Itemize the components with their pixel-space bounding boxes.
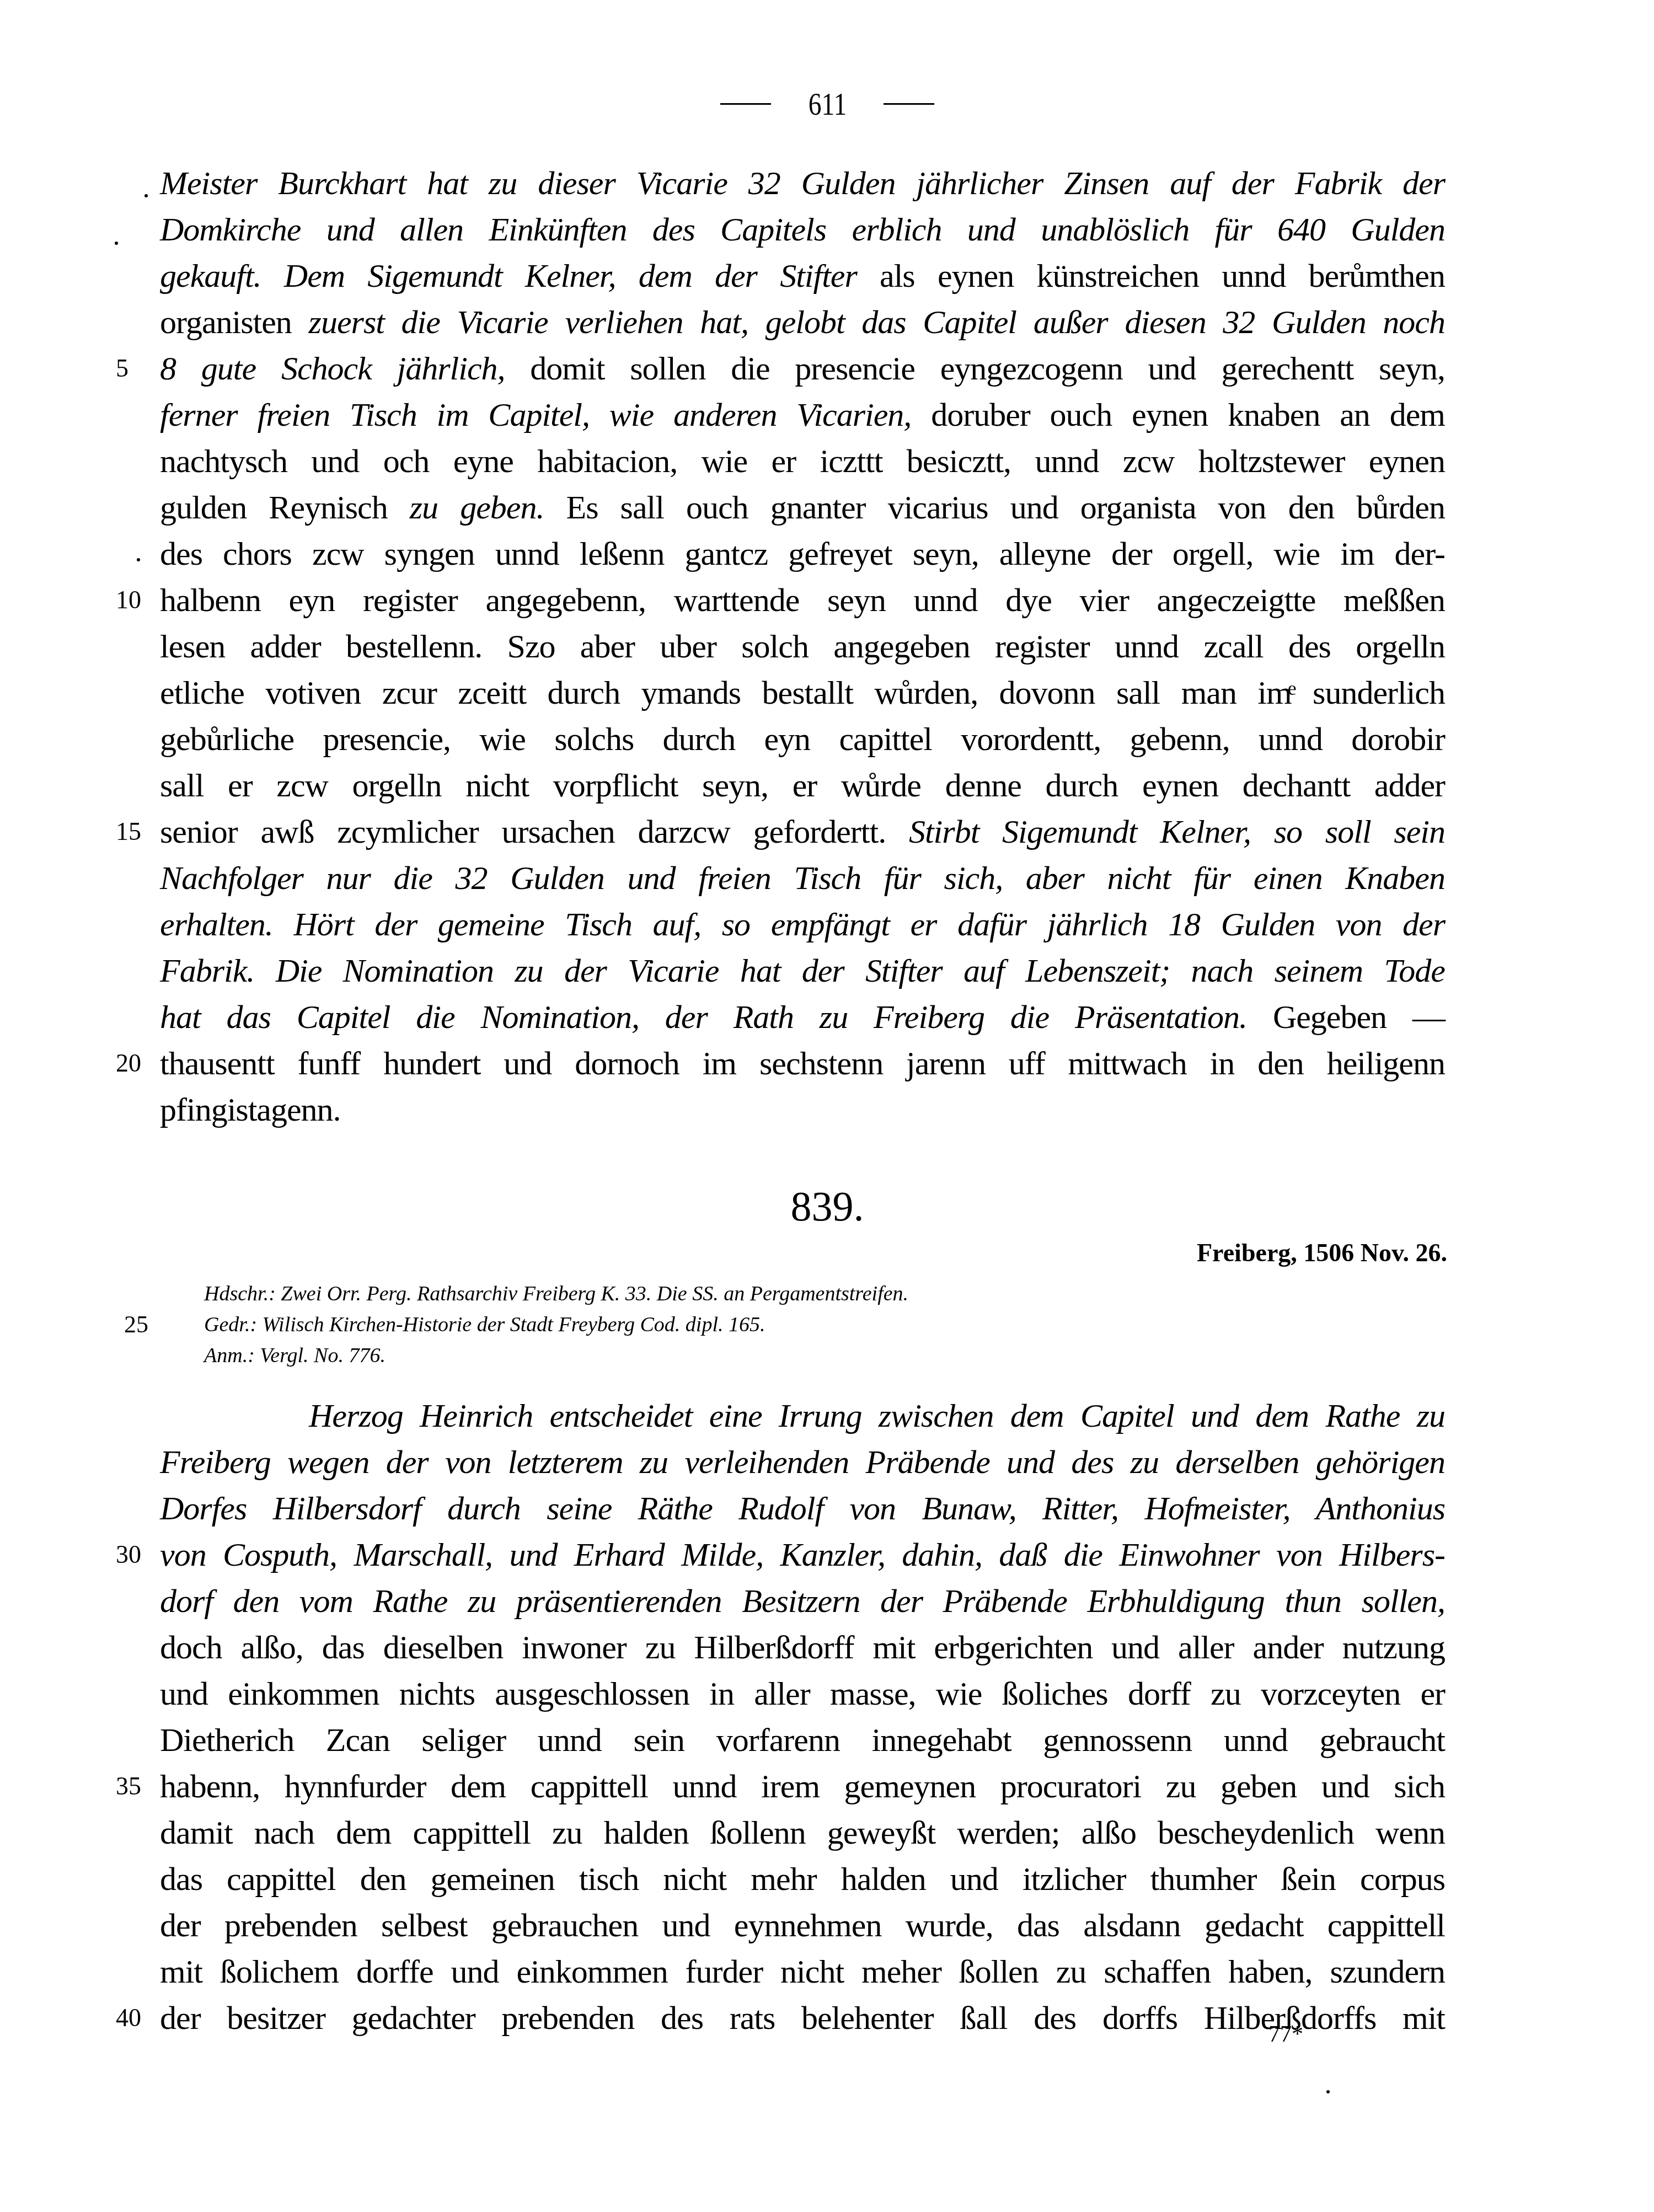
roman-text: lesen adder bestellenn. Szo aber uber so…: [160, 628, 1445, 665]
line-number: 25: [124, 1309, 148, 1340]
text-line: von Cosputh, Marschall, und Erhard Milde…: [160, 1531, 1445, 1578]
italic-text: Herzog Heinrich entscheidet eine Irrung …: [309, 1397, 1445, 1434]
source-note: Gedr.: Wilisch Kirchen-Historie der Stad…: [204, 1309, 765, 1340]
document-number: 839.: [717, 1183, 938, 1231]
roman-text: pfingistagenn.: [160, 1091, 341, 1128]
roman-text: und einkommen nichts ausgeschlossen in a…: [160, 1675, 1445, 1712]
roman-text: das cappittel den gemeinen tisch nicht m…: [160, 1861, 1445, 1897]
running-head: 611: [678, 85, 976, 122]
italic-text: zuerst die Vicarie verliehen hat, gelobt…: [309, 304, 1445, 340]
text-line: das cappittel den gemeinen tisch nicht m…: [160, 1856, 1445, 1902]
print-speck: [137, 558, 140, 561]
roman-text: doruber ouch eynen knaben an dem: [911, 397, 1445, 433]
text-line: doch alßo, das dieselben inwoner zu Hilb…: [160, 1624, 1445, 1670]
header-rule-left: [720, 103, 771, 105]
text-line: habenn, hynnfurder dem cappittell unnd i…: [160, 1763, 1445, 1809]
roman-text: halbenn eyn register angegebenn, wartten…: [160, 582, 1445, 618]
roman-text: Gegeben —: [1247, 999, 1445, 1035]
text-line: nachtysch und och eyne habitacion, wie e…: [160, 438, 1445, 484]
source-note: Hdschr.: Zwei Orr. Perg. Rathsarchiv Fre…: [204, 1278, 908, 1309]
roman-text: senior awß zcymlicher ursachen darzcw ge…: [160, 813, 909, 850]
print-speck: [1326, 2090, 1330, 2093]
italic-text: Domkirche und allen Einkünften des Capit…: [160, 211, 1445, 248]
header-rule-right: [884, 103, 934, 105]
text-line: Herzog Heinrich entscheidet eine Irrung …: [309, 1392, 1445, 1439]
text-line: thausentt funff hundert und dornoch im s…: [160, 1040, 1445, 1086]
roman-text: der besitzer gedachter prebenden des rat…: [160, 2000, 1445, 2036]
text-line: gulden Reynisch zu geben. Es sall ouch g…: [160, 484, 1445, 531]
italic-text: erhalten. Hört der gemeine Tisch auf, so…: [160, 906, 1445, 942]
text-line: des chors zcw syngen unnd leßenn gantcz …: [160, 531, 1445, 577]
roman-text: etliche votiven zcur zceitt durch ymands…: [160, 674, 1445, 711]
italic-text: dorf den vom Rathe zu präsentierenden Be…: [160, 1583, 1445, 1619]
text-line: organisten zuerst die Vicarie verliehen …: [160, 299, 1445, 345]
roman-text: organisten: [160, 304, 309, 340]
text-line: senior awß zcymlicher ursachen darzcw ge…: [160, 808, 1445, 855]
place-date: Freiberg, 1506 Nov. 26.: [1197, 1238, 1447, 1267]
text-line: 8 gute Schock jährlich, domit sollen die…: [160, 345, 1445, 392]
text-line: der prebenden selbest gebrauchen und eyn…: [160, 1902, 1445, 1948]
signature-mark: 77*: [1268, 2021, 1303, 2048]
line-number: 20: [116, 1040, 149, 1086]
text-line: Fabrik. Die Nomination zu der Vicarie ha…: [160, 947, 1445, 994]
italic-text: Freiberg wegen der von letzterem zu verl…: [160, 1444, 1445, 1480]
text-line: gekauft. Dem Sigemundt Kelner, dem der S…: [160, 253, 1445, 299]
roman-text: sall er zcw orgelln nicht vorpflicht sey…: [160, 767, 1445, 804]
text-line: und einkommen nichts ausgeschlossen in a…: [160, 1670, 1445, 1717]
roman-text: gulden Reynisch: [160, 489, 410, 526]
line-number: 10: [116, 577, 149, 623]
roman-text: domit sollen die presencie eyngezcogenn …: [505, 350, 1445, 387]
document-page: 611 Meister Burckhart hat zu dieser Vica…: [0, 0, 1654, 2212]
text-line: mit ßolichem dorffe und einkommen furder…: [160, 1948, 1445, 1995]
roman-text: als eynen künstreichen unnd berůmthen: [857, 258, 1445, 294]
italic-text: zu geben.: [410, 489, 544, 526]
text-line: halbenn eyn register angegebenn, wartten…: [160, 577, 1445, 623]
text-line: ferner freien Tisch im Capitel, wie ande…: [160, 392, 1445, 438]
text-line: gebůrliche presencie, wie solchs durch e…: [160, 716, 1445, 762]
text-line: Dietherich Zcan seliger unnd sein vorfar…: [160, 1717, 1445, 1763]
text-line: Domkirche und allen Einkünften des Capit…: [160, 206, 1445, 253]
italic-text: ferner freien Tisch im Capitel, wie ande…: [160, 397, 911, 433]
page-number: 611: [808, 85, 847, 122]
text-line: der besitzer gedachter prebenden des rat…: [160, 1995, 1445, 2041]
roman-text: des chors zcw syngen unnd leßenn gantcz …: [160, 535, 1445, 572]
text-line: erhalten. Hört der gemeine Tisch auf, so…: [160, 901, 1445, 947]
italic-text: Meister Burckhart hat zu dieser Vicarie …: [160, 165, 1445, 201]
roman-text: der prebenden selbest gebrauchen und eyn…: [160, 1907, 1445, 1943]
roman-text: habenn, hynnfurder dem cappittell unnd i…: [160, 1768, 1445, 1804]
text-line: damit nach dem cappittell zu halden ßoll…: [160, 1809, 1445, 1856]
print-speck: [144, 194, 148, 197]
italic-text: gekauft. Dem Sigemundt Kelner, dem der S…: [160, 258, 857, 294]
roman-text: gebůrliche presencie, wie solchs durch e…: [160, 721, 1445, 757]
italic-text: Fabrik. Die Nomination zu der Vicarie ha…: [160, 952, 1445, 989]
italic-text: von Cosputh, Marschall, und Erhard Milde…: [160, 1536, 1445, 1573]
italic-text: Stirbt Sigemundt Kelner, so soll sein: [909, 813, 1445, 850]
print-speck: [115, 242, 118, 245]
italic-text: hat das Capitel die Nomination, der Rath…: [160, 999, 1247, 1035]
text-line: dorf den vom Rathe zu präsentierenden Be…: [160, 1578, 1445, 1624]
text-line: Meister Burckhart hat zu dieser Vicarie …: [160, 160, 1445, 206]
text-line: Freiberg wegen der von letzterem zu verl…: [160, 1439, 1445, 1485]
text-line: pfingistagenn.: [160, 1086, 1445, 1133]
text-line: Nachfolger nur die 32 Gulden und freien …: [160, 855, 1445, 901]
text-line: lesen adder bestellenn. Szo aber uber so…: [160, 623, 1445, 670]
roman-text: damit nach dem cappittell zu halden ßoll…: [160, 1814, 1445, 1851]
roman-text: doch alßo, das dieselben inwoner zu Hilb…: [160, 1629, 1445, 1665]
roman-text: mit ßolichem dorffe und einkommen furder…: [160, 1953, 1445, 1990]
text-line: sall er zcw orgelln nicht vorpflicht sey…: [160, 762, 1445, 808]
italic-text: Dorfes Hilbersdorf durch seine Räthe Rud…: [160, 1490, 1445, 1527]
roman-text: Es sall ouch gnanter vicarius und organi…: [544, 489, 1445, 526]
roman-text: nachtysch und och eyne habitacion, wie e…: [160, 443, 1445, 479]
line-number: 30: [116, 1531, 149, 1578]
text-line: hat das Capitel die Nomination, der Rath…: [160, 994, 1445, 1040]
roman-text: Dietherich Zcan seliger unnd sein vorfar…: [160, 1722, 1445, 1758]
text-line: Dorfes Hilbersdorf durch seine Räthe Rud…: [160, 1485, 1445, 1531]
source-note: Anm.: Vergl. No. 776.: [204, 1340, 386, 1371]
text-line: etliche votiven zcur zceitt durch ymands…: [160, 670, 1445, 716]
line-number: 5: [116, 345, 149, 392]
italic-text: 8 gute Schock jährlich,: [160, 350, 505, 387]
roman-text: thausentt funff hundert und dornoch im s…: [160, 1045, 1445, 1081]
italic-text: Nachfolger nur die 32 Gulden und freien …: [160, 860, 1445, 896]
line-number: 40: [116, 1995, 149, 2041]
line-number: 15: [116, 808, 149, 855]
line-number: 35: [116, 1763, 149, 1809]
